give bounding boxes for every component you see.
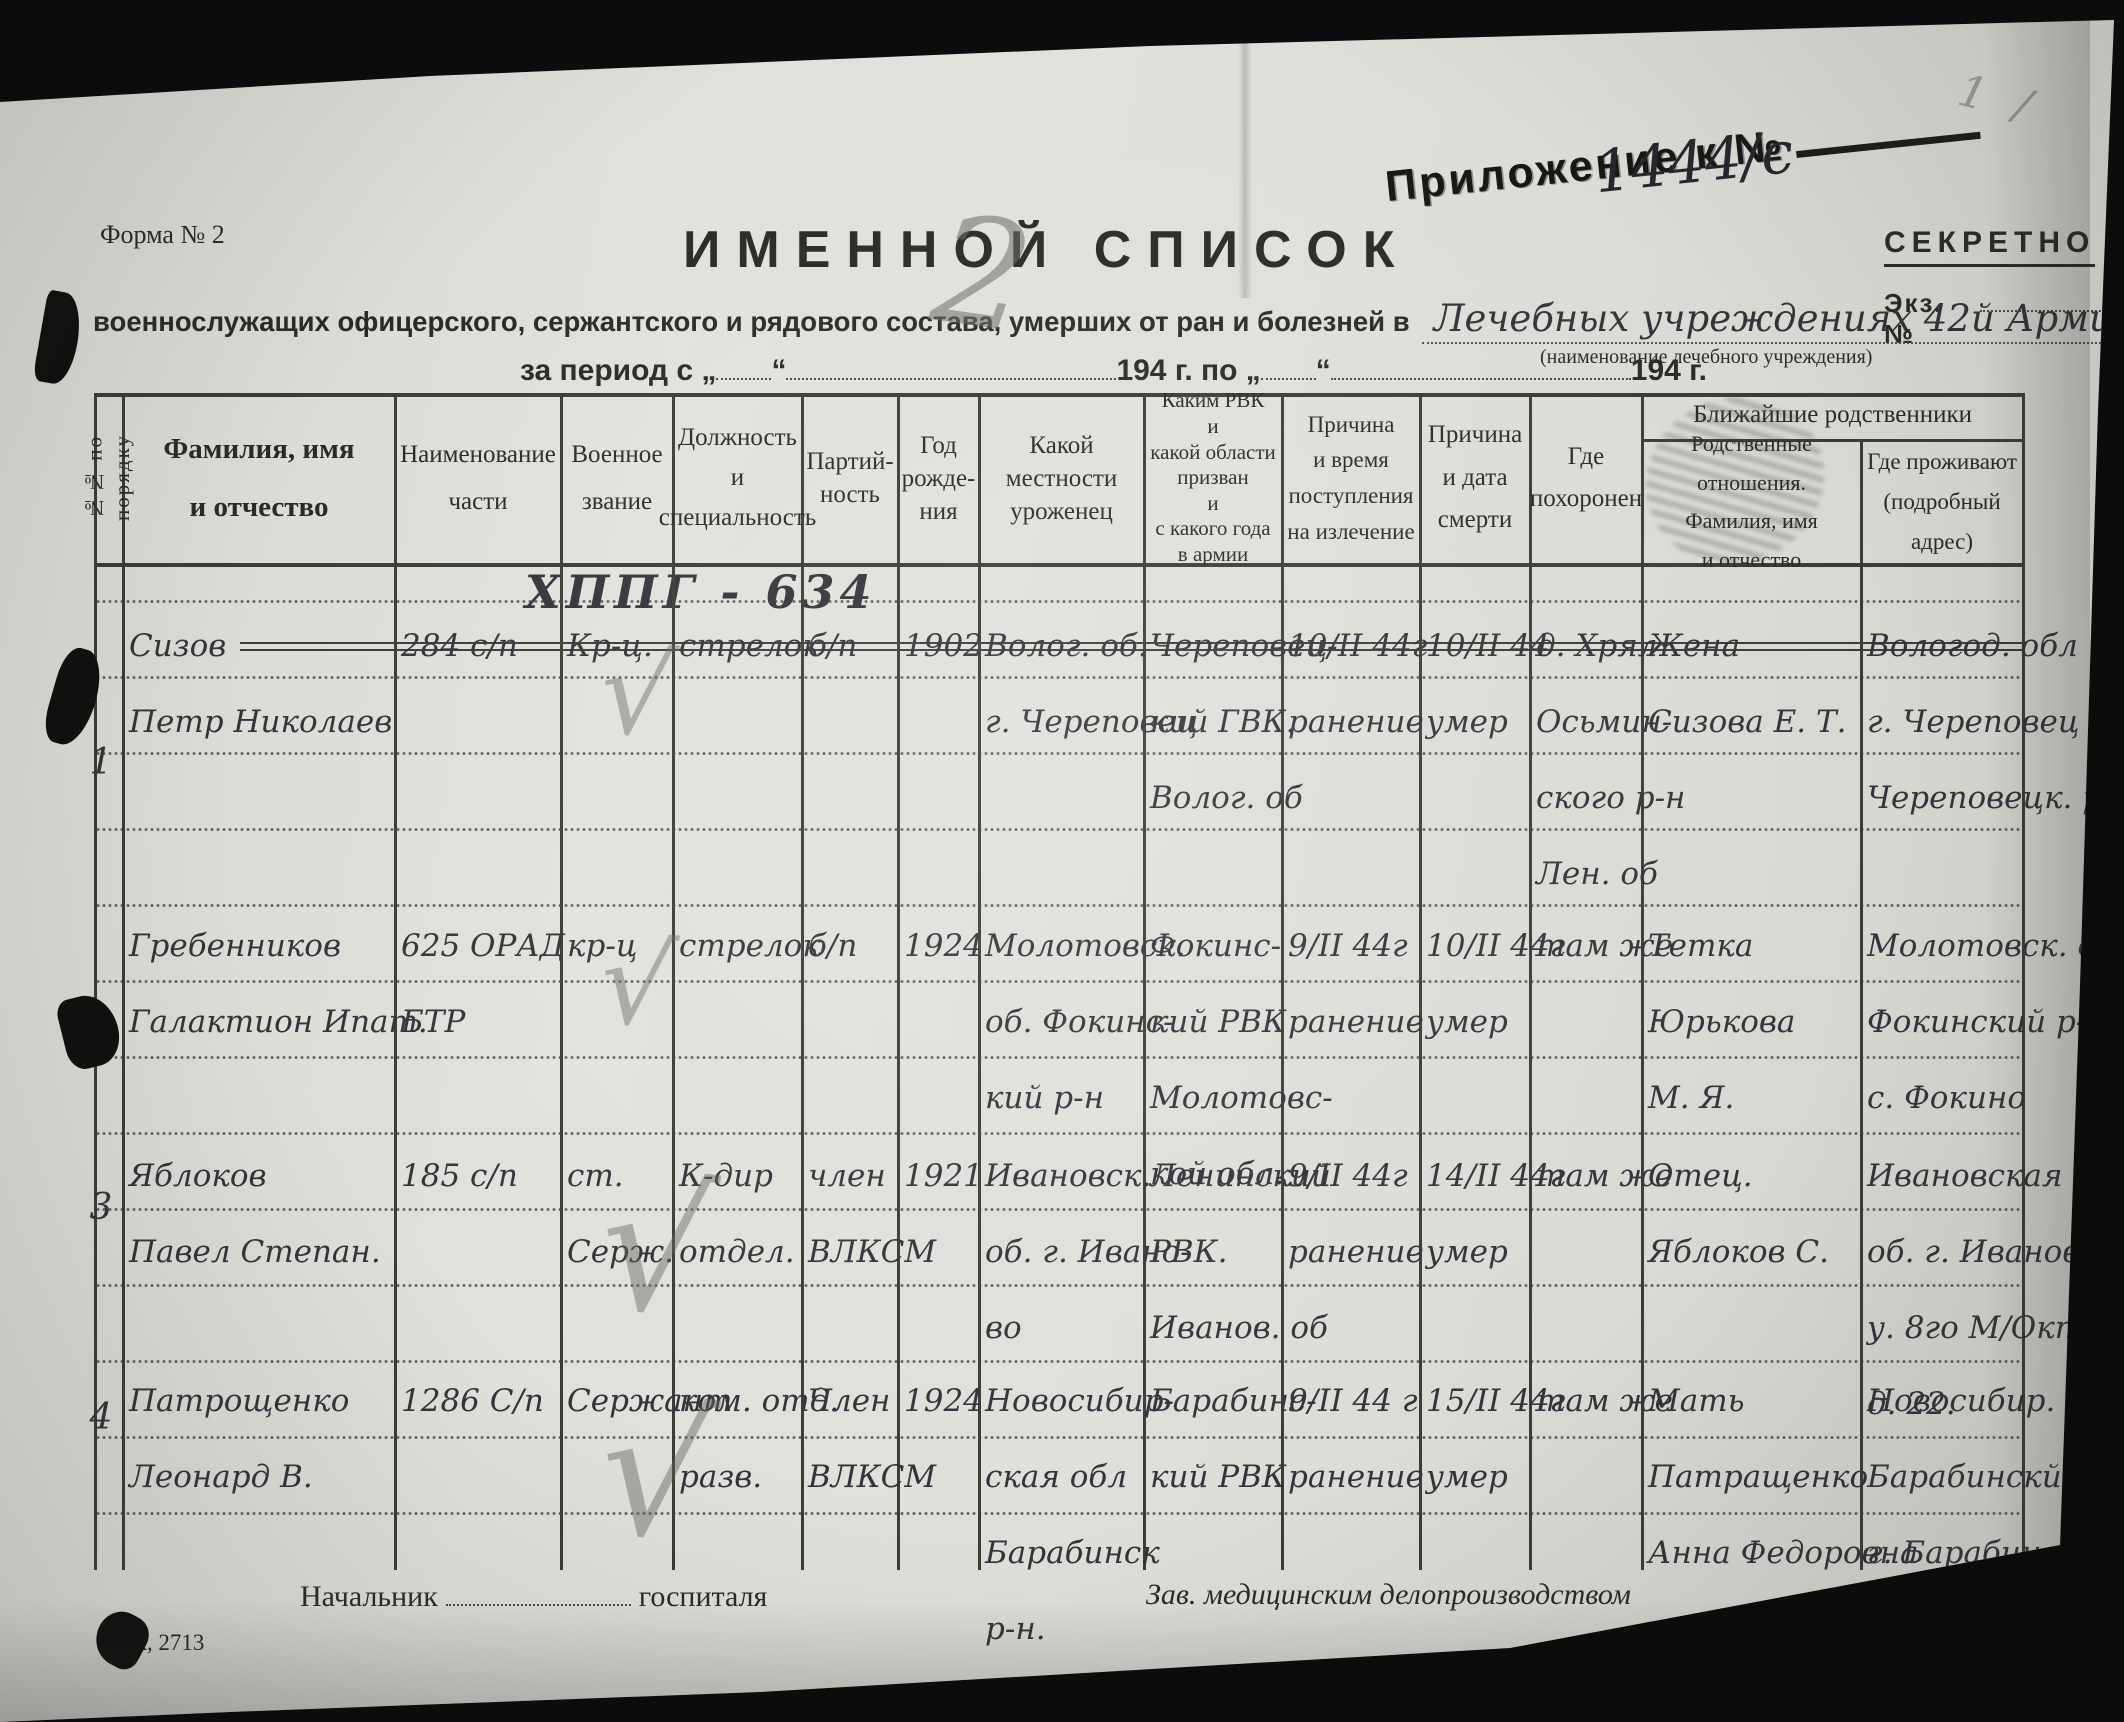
handwritten-line: кий РВК [1150, 1439, 1288, 1515]
handwritten-line: Анна Федоровна [1648, 1515, 1867, 1591]
handwritten-line: Молотовс- [1150, 1060, 1288, 1136]
paper-sheet: Форма № 2 ИМЕННОЙ СПИСОК Приложение к № … [0, 0, 2124, 1722]
header-line: на излечение [1287, 514, 1414, 550]
header-line: Каким РВК [1162, 388, 1265, 414]
handwritten-line: ранение [1288, 684, 1426, 760]
stamp-number-handwritten: 1444/с [1591, 118, 1797, 206]
handwritten-line: Ленинский [1150, 1138, 1288, 1214]
handwritten-line: Член [808, 1363, 904, 1439]
handwritten-line: об. г. Ивано- [985, 1214, 1150, 1290]
period-year2: 194 г. [1631, 354, 1707, 388]
handwritten-line: во [985, 1290, 1150, 1366]
header-line: местности [1006, 462, 1117, 495]
handwritten-line: ского р-н [1536, 760, 1648, 836]
cell-relatives: ЖенаСизова Е. Т. [1648, 608, 1867, 760]
header-line: и [1207, 491, 1218, 517]
header-line: и отчество [190, 478, 329, 536]
paper-crease [1238, 28, 1252, 298]
handwritten-line: Сизов [129, 608, 401, 684]
edge-shadow [1985, 0, 2090, 1722]
cell-origin: Молотовск.об. Фокинс-кий р-н [985, 908, 1150, 1136]
header-line: и дата [1442, 457, 1507, 500]
pencil-checkmark: √ [593, 634, 680, 757]
handwritten-line: ВЛКСМ [808, 1214, 904, 1290]
handwritten-line: Патрощенко [129, 1363, 401, 1439]
period-quote: “ [771, 354, 786, 388]
handwritten-line: БТР [401, 984, 567, 1060]
handwritten-line: д. Хрял [1536, 608, 1648, 684]
header-line: похоронен [1530, 478, 1642, 521]
header-line: какой области [1150, 440, 1276, 466]
cell-admission: 10/II 44гранение [1288, 608, 1426, 760]
handwritten-line: Череповец- [1150, 608, 1288, 684]
col-header-num: №№ по порядку [95, 397, 123, 559]
cell-party: членВЛКСМ [808, 1138, 904, 1290]
ink-blot [32, 289, 85, 386]
header-line: с какого года [1155, 516, 1270, 542]
handwritten-line: 9/II 44г [1288, 908, 1426, 984]
header-line: части [448, 478, 507, 526]
header-line: Наименование [400, 431, 556, 479]
pencil-checkmark: √ [590, 1382, 722, 1569]
header-line: призван [1177, 465, 1248, 491]
col-header-admission: Причинаи времяпоступленияна излечение [1282, 397, 1420, 559]
handwritten-line: Мать [1648, 1363, 1867, 1439]
col-header-rank: Военноезвание [561, 397, 673, 559]
cell-party: б/п [808, 908, 904, 984]
cell-unit: 185 с/п [401, 1138, 567, 1214]
cell-birth: 1921 [904, 1138, 985, 1214]
blank-line [716, 352, 771, 380]
handwritten-line: ранение [1288, 1439, 1426, 1515]
handwritten-line: Тетка [1648, 908, 1867, 984]
handwritten-line: ВЛКСМ [808, 1439, 904, 1515]
header-line: специальность [659, 498, 816, 538]
row-number: 4 [79, 1388, 123, 1448]
handwritten-line: 625 ОРАД [401, 908, 567, 984]
period-quote2: “ [1316, 354, 1331, 388]
scanned-document: Форма № 2 ИМЕННОЙ СПИСОК Приложение к № … [0, 0, 2124, 1722]
handwritten-line: 9/II 44г [1288, 1138, 1426, 1214]
handwritten-line: кий РВК [1150, 984, 1288, 1060]
header-line: Какой [1029, 429, 1093, 462]
pencil-checkmark: √ [590, 1157, 722, 1344]
cell-position: стрелок [679, 608, 808, 684]
handwritten-line: Волог. об [1150, 760, 1288, 836]
handwritten-line: 185 с/п [401, 1138, 567, 1214]
handwritten-line: 1924 [904, 1363, 985, 1439]
header-line: рожде- [902, 462, 976, 495]
col-header-death: Причинаи датасмерти [1420, 397, 1530, 559]
handwritten-line: Иванов. об [1150, 1290, 1288, 1366]
handwritten-line: 9/II 44 г [1288, 1363, 1426, 1439]
header-line: поступления [1288, 478, 1413, 514]
handwritten-line: 14/II 44г [1426, 1138, 1536, 1214]
header-line: Военное [571, 431, 662, 479]
cell-origin: Ивановск.об. г. Ивано-во [985, 1138, 1150, 1366]
header-line: Фамилия, имя [163, 420, 354, 478]
header-line: Причина [1428, 414, 1522, 457]
cell-unit: 1286 С/п [401, 1363, 567, 1439]
cell-rvk: ЛенинскийРВК.Иванов. об [1150, 1138, 1288, 1366]
handwritten-line: б/п [808, 608, 904, 684]
handwritten-line: член [808, 1138, 904, 1214]
handwritten-line: Петр Николаев [129, 684, 401, 760]
handwritten-line: Лен. об [1536, 836, 1648, 912]
form-number: Форма № 2 [100, 220, 225, 250]
cell-name: ЯблоковПавел Степан. [129, 1138, 401, 1290]
handwritten-line: кий ГВК. [1150, 684, 1288, 760]
col-header-name: Фамилия, имяи отчество [123, 397, 395, 559]
handwritten-line: Юрькова [1648, 984, 1867, 1060]
handwritten-line: там же [1536, 908, 1648, 984]
pencil-checkmark: √ [593, 924, 680, 1047]
header-line: и [731, 458, 744, 498]
col-header-party: Партий-ность [802, 397, 898, 559]
col-header-rvk: Каким РВКикакой областипризванис какого … [1144, 397, 1282, 559]
handwritten-line: там же [1536, 1138, 1648, 1214]
handwritten-line: Патращенко [1648, 1439, 1867, 1515]
cell-name: ГребенниковГалактион Ипат. [129, 908, 401, 1060]
handwritten-line: 10/II 44г [1426, 908, 1536, 984]
cell-party: б/п [808, 608, 904, 684]
cell-death: 14/II 44гумер [1426, 1138, 1536, 1290]
handwritten-line: М. Я. [1648, 1060, 1867, 1136]
cell-admission: 9/II 44гранение [1288, 908, 1426, 1060]
col-header-birth: Годрожде-ния [898, 397, 979, 559]
handwritten-line: умер [1426, 1214, 1536, 1290]
handwritten-line: 1902 [904, 608, 985, 684]
cell-admission: 9/II 44 гранение [1288, 1363, 1426, 1515]
subtitle-print: военнослужащих офицерского, сержантского… [93, 306, 1410, 338]
cell-rvk: Барабинс-кий РВК [1150, 1363, 1288, 1515]
handwritten-line: Гребенников [129, 908, 401, 984]
header-line: Фамилия, имя [1685, 502, 1818, 541]
handwritten-line: у. Советская 8. [1867, 1591, 2029, 1667]
cell-relatives: Отец.Яблоков С. [1648, 1138, 1867, 1290]
handwritten-line: 1921 [904, 1138, 985, 1214]
handwritten-line: 15/II 44г [1426, 1363, 1536, 1439]
handwritten-line: Ивановск. [985, 1138, 1150, 1214]
cell-origin: Волог. об.г. Череповец [985, 608, 1150, 760]
cell-birth: 1902 [904, 608, 985, 684]
col-header-unit: Наименованиечасти [395, 397, 561, 559]
handwritten-line: б/п [808, 908, 904, 984]
handwritten-line: Жена [1648, 608, 1867, 684]
stamp-underline [1796, 132, 1981, 158]
handwritten-line: Молотовск. [985, 908, 1150, 984]
handwritten-line: 1924 [904, 908, 985, 984]
handwritten-line: умер [1426, 684, 1536, 760]
cell-death: 10/II 44умер [1426, 608, 1536, 760]
period-row: за период с „ “ 194 г. по „ “ 194 г. [520, 352, 1707, 388]
cell-admission: 9/II 44гранение [1288, 1138, 1426, 1290]
cell-party: ЧленВЛКСМ [808, 1363, 904, 1515]
cell-birth: 1924 [904, 908, 985, 984]
cell-buried: д. ХрялОсьмин-ского р-нЛен. об [1536, 608, 1648, 912]
header-line: Причина [1308, 407, 1395, 443]
header-line: и время [1313, 442, 1389, 478]
row-number: 1 [79, 733, 123, 793]
handwritten-line: Барабинс- [1150, 1363, 1288, 1439]
handwritten-line: ранение [1288, 984, 1426, 1060]
cell-death: 15/II 44гумер [1426, 1363, 1536, 1515]
header-line: Должность [678, 418, 797, 458]
handwritten-line: Галактион Ипат. [129, 984, 401, 1060]
handwritten-line: умер [1426, 1439, 1536, 1515]
handwritten-line: Новосибир- [985, 1363, 1150, 1439]
handwritten-line: Яблоков [129, 1138, 401, 1214]
handwritten-line: ская обл [985, 1439, 1150, 1515]
handwritten-line: там же [1536, 1363, 1648, 1439]
handwritten-line: умер [1426, 984, 1536, 1060]
header-line: и отчество [1702, 541, 1802, 580]
blank-line [1331, 352, 1631, 380]
row-number: 3 [79, 1178, 123, 1238]
header-line: адрес) [1911, 522, 1973, 562]
header-line: в армии [1178, 542, 1248, 568]
handwritten-line: Барабинск [985, 1515, 1150, 1591]
cell-name: СизовПетр Николаев [129, 608, 401, 760]
col-header-buried: Гдепохоронен [1530, 397, 1642, 559]
cell-position: стрелок [679, 908, 808, 984]
handwritten-line: 284 с/п [401, 608, 567, 684]
header-line: Партий- [806, 445, 893, 478]
cell-relatives: ТеткаЮрьковаМ. Я. [1648, 908, 1867, 1136]
cell-unit: 625 ОРАДБТР [401, 908, 567, 1060]
header-line: Родственные отношения. [1642, 425, 1861, 502]
col-header-position: Должностьиспециальность [673, 397, 802, 559]
handwritten-line: 10/II 44 [1426, 608, 1536, 684]
blank-line [1261, 352, 1316, 380]
col-header-relatives: Родственные отношения.Фамилия, имяи отче… [1642, 445, 1861, 559]
header-line: Год [920, 429, 957, 462]
cell-rvk: Череповец-кий ГВК.Волог. об [1150, 608, 1288, 836]
handwritten-line: Фокинс- [1150, 908, 1288, 984]
header-line: (подробный [1883, 482, 2000, 522]
subtitle-row: военнослужащих офицерского, сержантского… [93, 297, 2124, 344]
cell-buried: там же [1536, 908, 1648, 984]
handwritten-line: стрелок [679, 608, 808, 684]
cell-birth: 1924 [904, 1363, 985, 1439]
handwritten-line: Сизова Е. Т. [1648, 684, 1867, 760]
cell-buried: там же [1536, 1138, 1648, 1214]
header-line: ность [820, 478, 880, 511]
handwritten-line: стрелок [679, 908, 808, 984]
handwritten-line: Отец. [1648, 1138, 1867, 1214]
handwritten-line: об. Фокинс- [985, 984, 1150, 1060]
header-line: уроженец [1010, 495, 1113, 528]
header-line: ния [919, 495, 957, 528]
handwritten-line: г. Череповец [985, 684, 1150, 760]
handwritten-line: Леонард В. [129, 1439, 401, 1515]
handwritten-line: Павел Степан. [129, 1214, 401, 1290]
cell-relatives: МатьПатращенкоАнна Федоровна [1648, 1363, 1867, 1591]
handwritten-line: кий р-н [985, 1060, 1150, 1136]
cell-death: 10/II 44гумер [1426, 908, 1536, 1060]
header-line: Где [1568, 436, 1604, 479]
cell-unit: 284 с/п [401, 608, 567, 684]
casualty-table: Ближайшие родственники ХППГ - 634 №№ по … [95, 393, 2023, 1570]
handwritten-line: Волог. об. [985, 608, 1150, 684]
period-year1: 194 г. по „ [1116, 354, 1260, 388]
handwritten-line: ранение [1288, 1214, 1426, 1290]
handwritten-line: 1286 С/п [401, 1363, 567, 1439]
handwritten-line: 10/II 44г [1288, 608, 1426, 684]
handwritten-line: РВК. [1150, 1214, 1288, 1290]
page-title: ИМЕННОЙ СПИСОК [683, 220, 1411, 280]
period-lead: за период с „ [520, 354, 716, 388]
header-line: смерти [1438, 499, 1513, 542]
cell-buried: там же [1536, 1363, 1648, 1439]
col-header-origin: Какойместностиуроженец [979, 397, 1144, 559]
edge-shadow [0, 1600, 2124, 1722]
handwritten-line: Осьмин- [1536, 684, 1648, 760]
cell-name: ПатрощенкоЛеонард В. [129, 1363, 401, 1515]
handwritten-line: Яблоков С. [1648, 1214, 1867, 1290]
header-line: звание [582, 478, 652, 526]
header-line: и [1207, 414, 1218, 440]
